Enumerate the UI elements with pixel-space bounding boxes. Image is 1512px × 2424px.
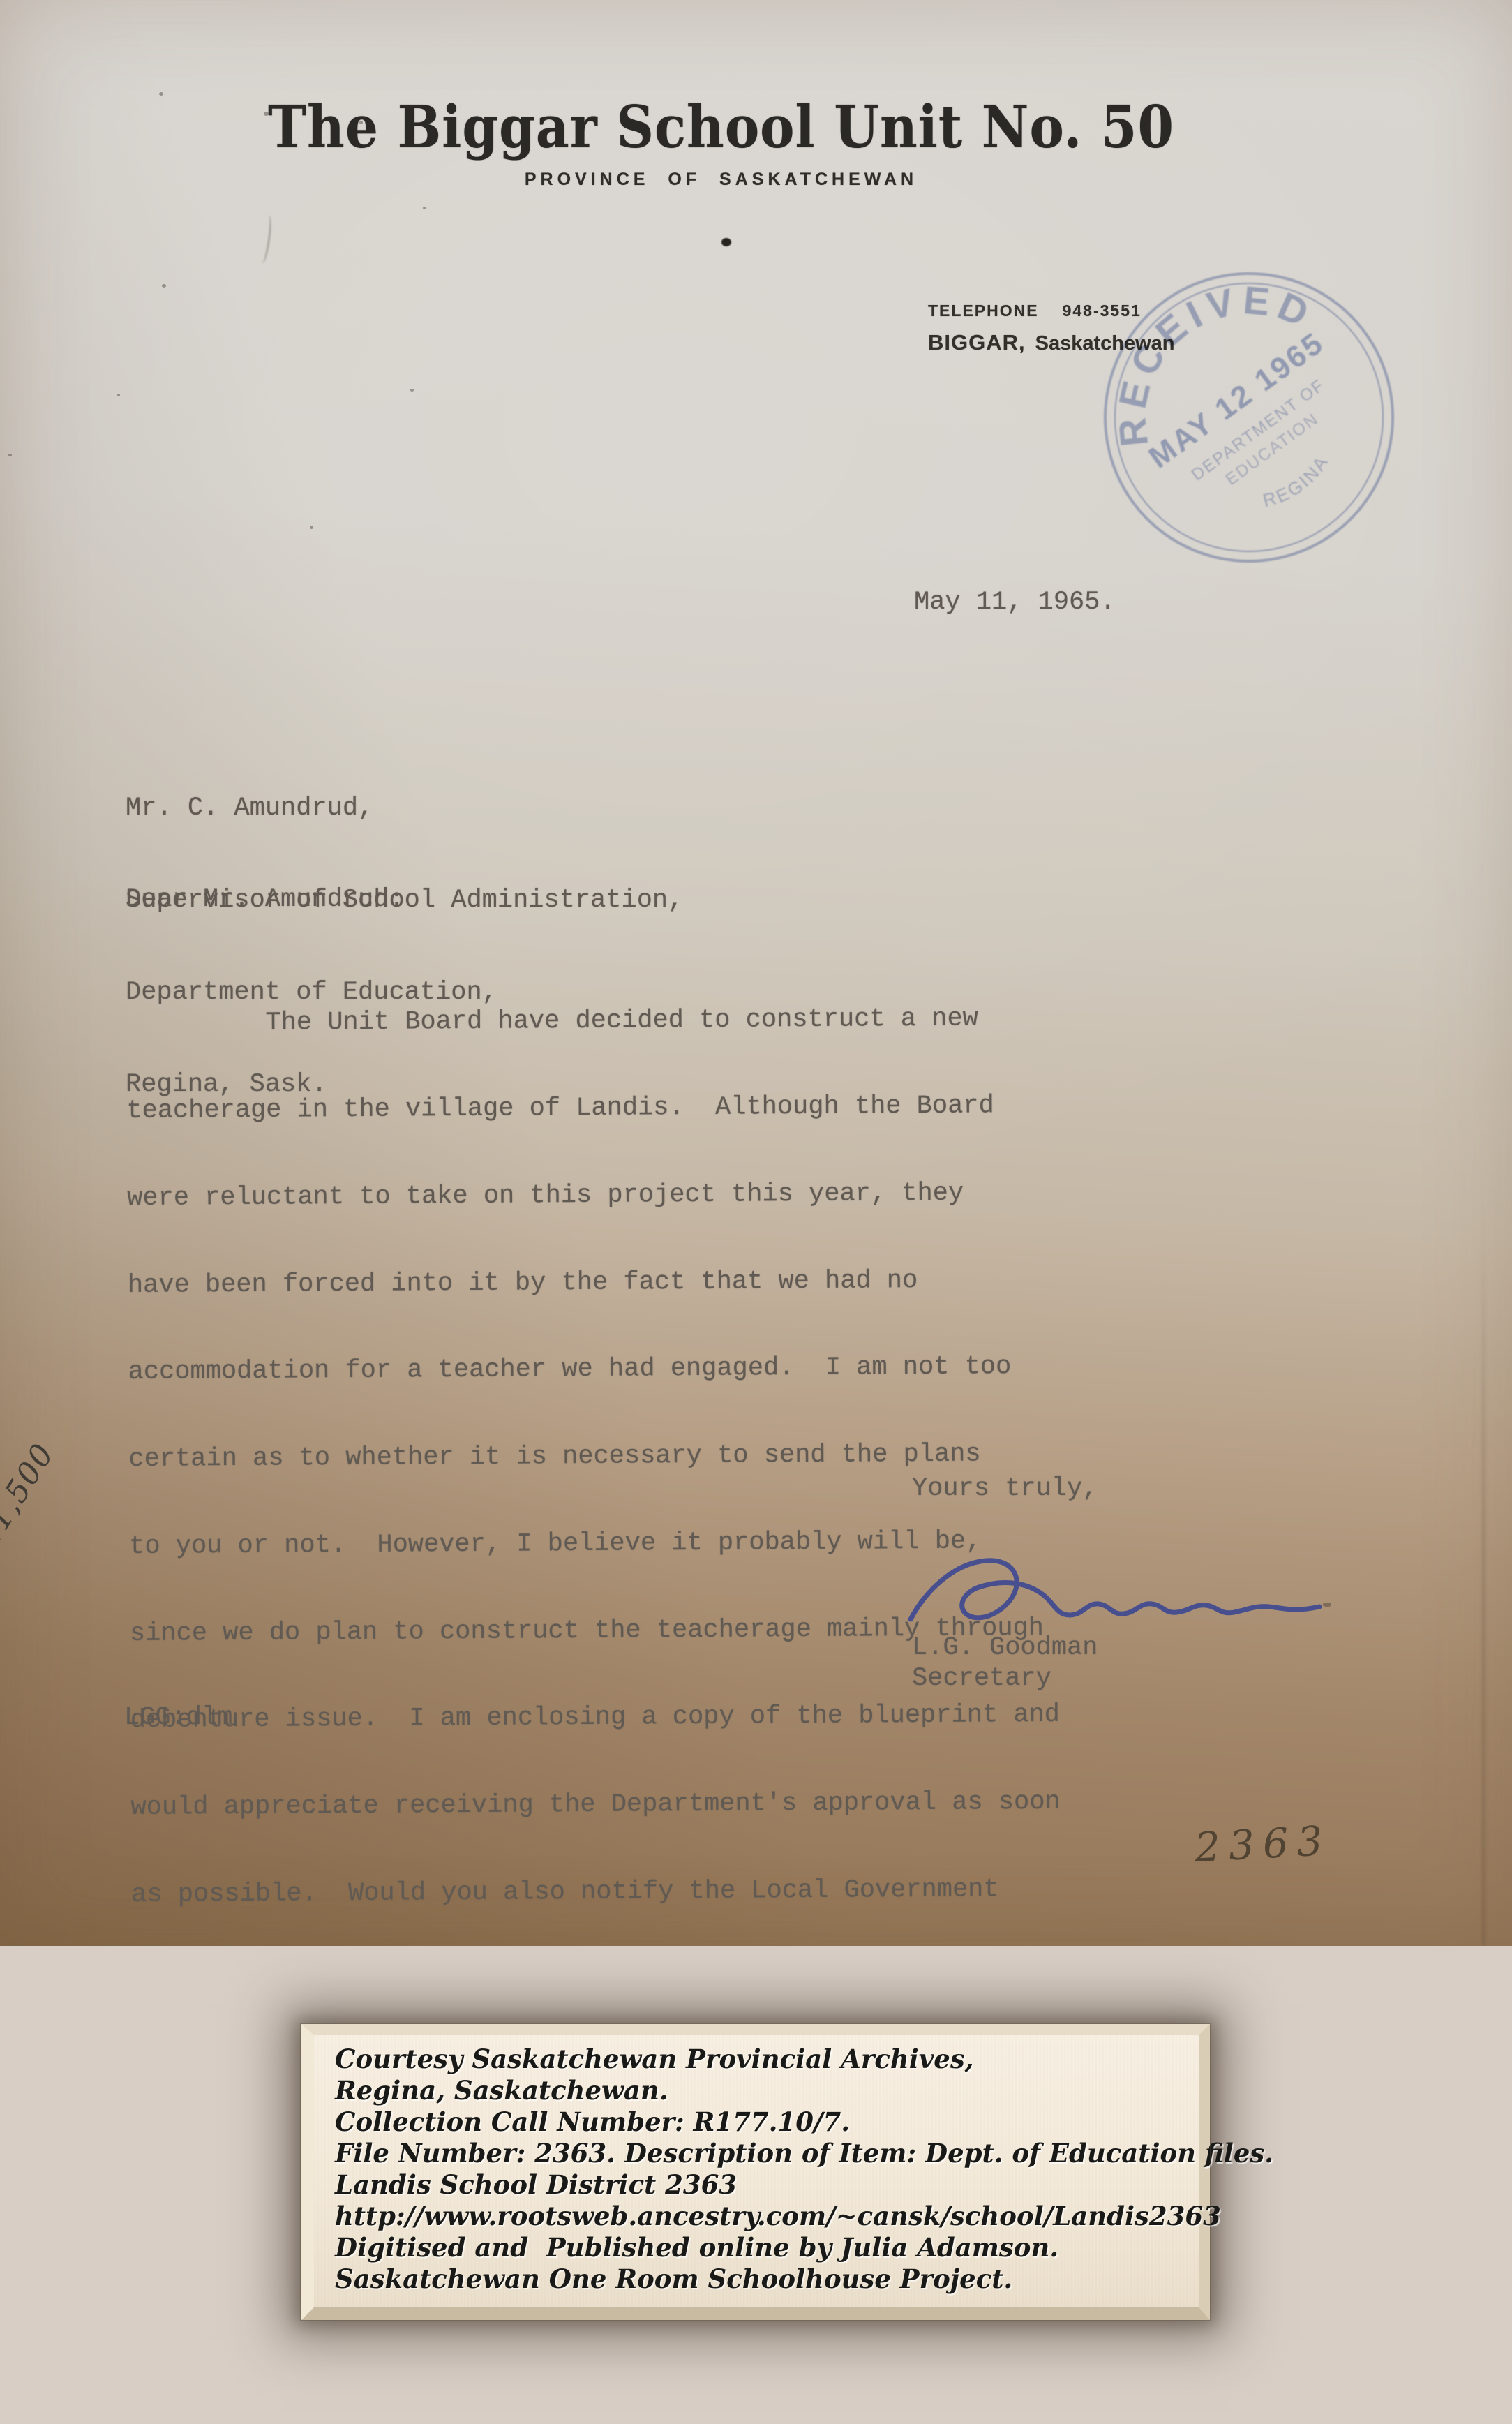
paper-speck — [8, 454, 12, 456]
letter-photograph: The Biggar School Unit No. 50 PROVINCE O… — [0, 0, 1512, 1946]
scanned-letter-page: The Biggar School Unit No. 50 PROVINCE O… — [0, 0, 1512, 2424]
body-line: The Unit Board have decided to construct… — [126, 1004, 1072, 1039]
caption-line: Saskatchewan One Room Schoolhouse Projec… — [335, 2263, 1199, 2295]
body-line: accommodation for a teacher we had engag… — [128, 1353, 1074, 1388]
letterhead-dot-ornament — [721, 238, 731, 246]
paper-smudge — [257, 214, 274, 264]
handwritten-margin-note: 11,500 — [0, 1417, 74, 1554]
body-line: as possible. Would you also notify the L… — [131, 1875, 1077, 1910]
body-line: debenture issue. I am enclosing a copy o… — [130, 1701, 1076, 1736]
body-line: would appreciate receiving the Departmen… — [130, 1788, 1076, 1823]
caption-line: File Number: 2363. Description of Item: … — [335, 2138, 1199, 2169]
page-background-strip: Courtesy Saskatchewan Provincial Archive… — [0, 1946, 1512, 2424]
telephone-label: TELEPHONE — [928, 302, 1039, 320]
caption-line: Collection Call Number: R177.10/7. — [335, 2106, 1199, 2138]
city-name: BIGGAR, — [928, 330, 1026, 355]
caption-plaque: Courtesy Saskatchewan Provincial Archive… — [301, 2024, 1210, 2320]
signer-name: L.G. Goodman — [912, 1633, 1098, 1663]
body-line: have been forced into it by the fact tha… — [128, 1265, 1073, 1300]
paper-speck — [117, 394, 120, 396]
caption-url: http://www.rootsweb.ancestry.com/~cansk/… — [335, 2201, 1199, 2232]
caption-line: Digitised and Published online by Julia … — [335, 2232, 1199, 2263]
received-stamp: RECEIVED MAY 12 1965 DEPARTMENT OF EDUCA… — [1033, 201, 1465, 634]
caption-line: Courtesy Saskatchewan Provincial Archive… — [335, 2044, 1199, 2075]
typist-reference: LGG:dlm — [124, 1703, 232, 1732]
body-line: certain as to whether it is necessary to… — [128, 1440, 1074, 1475]
paper-edge-shadow — [1482, 1200, 1485, 1946]
letterhead-title: The Biggar School Unit No. 50 — [0, 94, 1442, 161]
salutation: Dear Mr. Amundrud: — [126, 885, 405, 914]
caption-text-block: Courtesy Saskatchewan Provincial Archive… — [314, 2035, 1199, 2295]
handwritten-file-number: 2363 — [1193, 1817, 1332, 1871]
signer-title: Secretary — [912, 1664, 1051, 1693]
caption-line: Regina, Saskatchewan. — [335, 2075, 1199, 2106]
letterhead-subtitle: PROVINCE OF SASKATCHEWAN — [0, 170, 1442, 190]
paper-speck — [162, 284, 166, 288]
signature-scrawl — [904, 1551, 1336, 1642]
paper-speck — [423, 207, 426, 209]
caption-line: Landis School District 2363 — [335, 2169, 1199, 2201]
letter-body: The Unit Board have decided to construct… — [126, 946, 1079, 1946]
body-line: were reluctant to take on this project t… — [127, 1178, 1072, 1213]
paper-speck — [410, 389, 414, 392]
stamp-outer-circle — [1048, 216, 1449, 618]
recipient-line: Mr. C. Amundrud, — [126, 793, 683, 824]
closing-phrase: Yours truly, — [912, 1474, 1098, 1503]
paper-speck — [310, 526, 313, 529]
letter-date: May 11, 1965. — [914, 588, 1116, 617]
body-line: teacherage in the village of Landis. Alt… — [126, 1092, 1072, 1127]
